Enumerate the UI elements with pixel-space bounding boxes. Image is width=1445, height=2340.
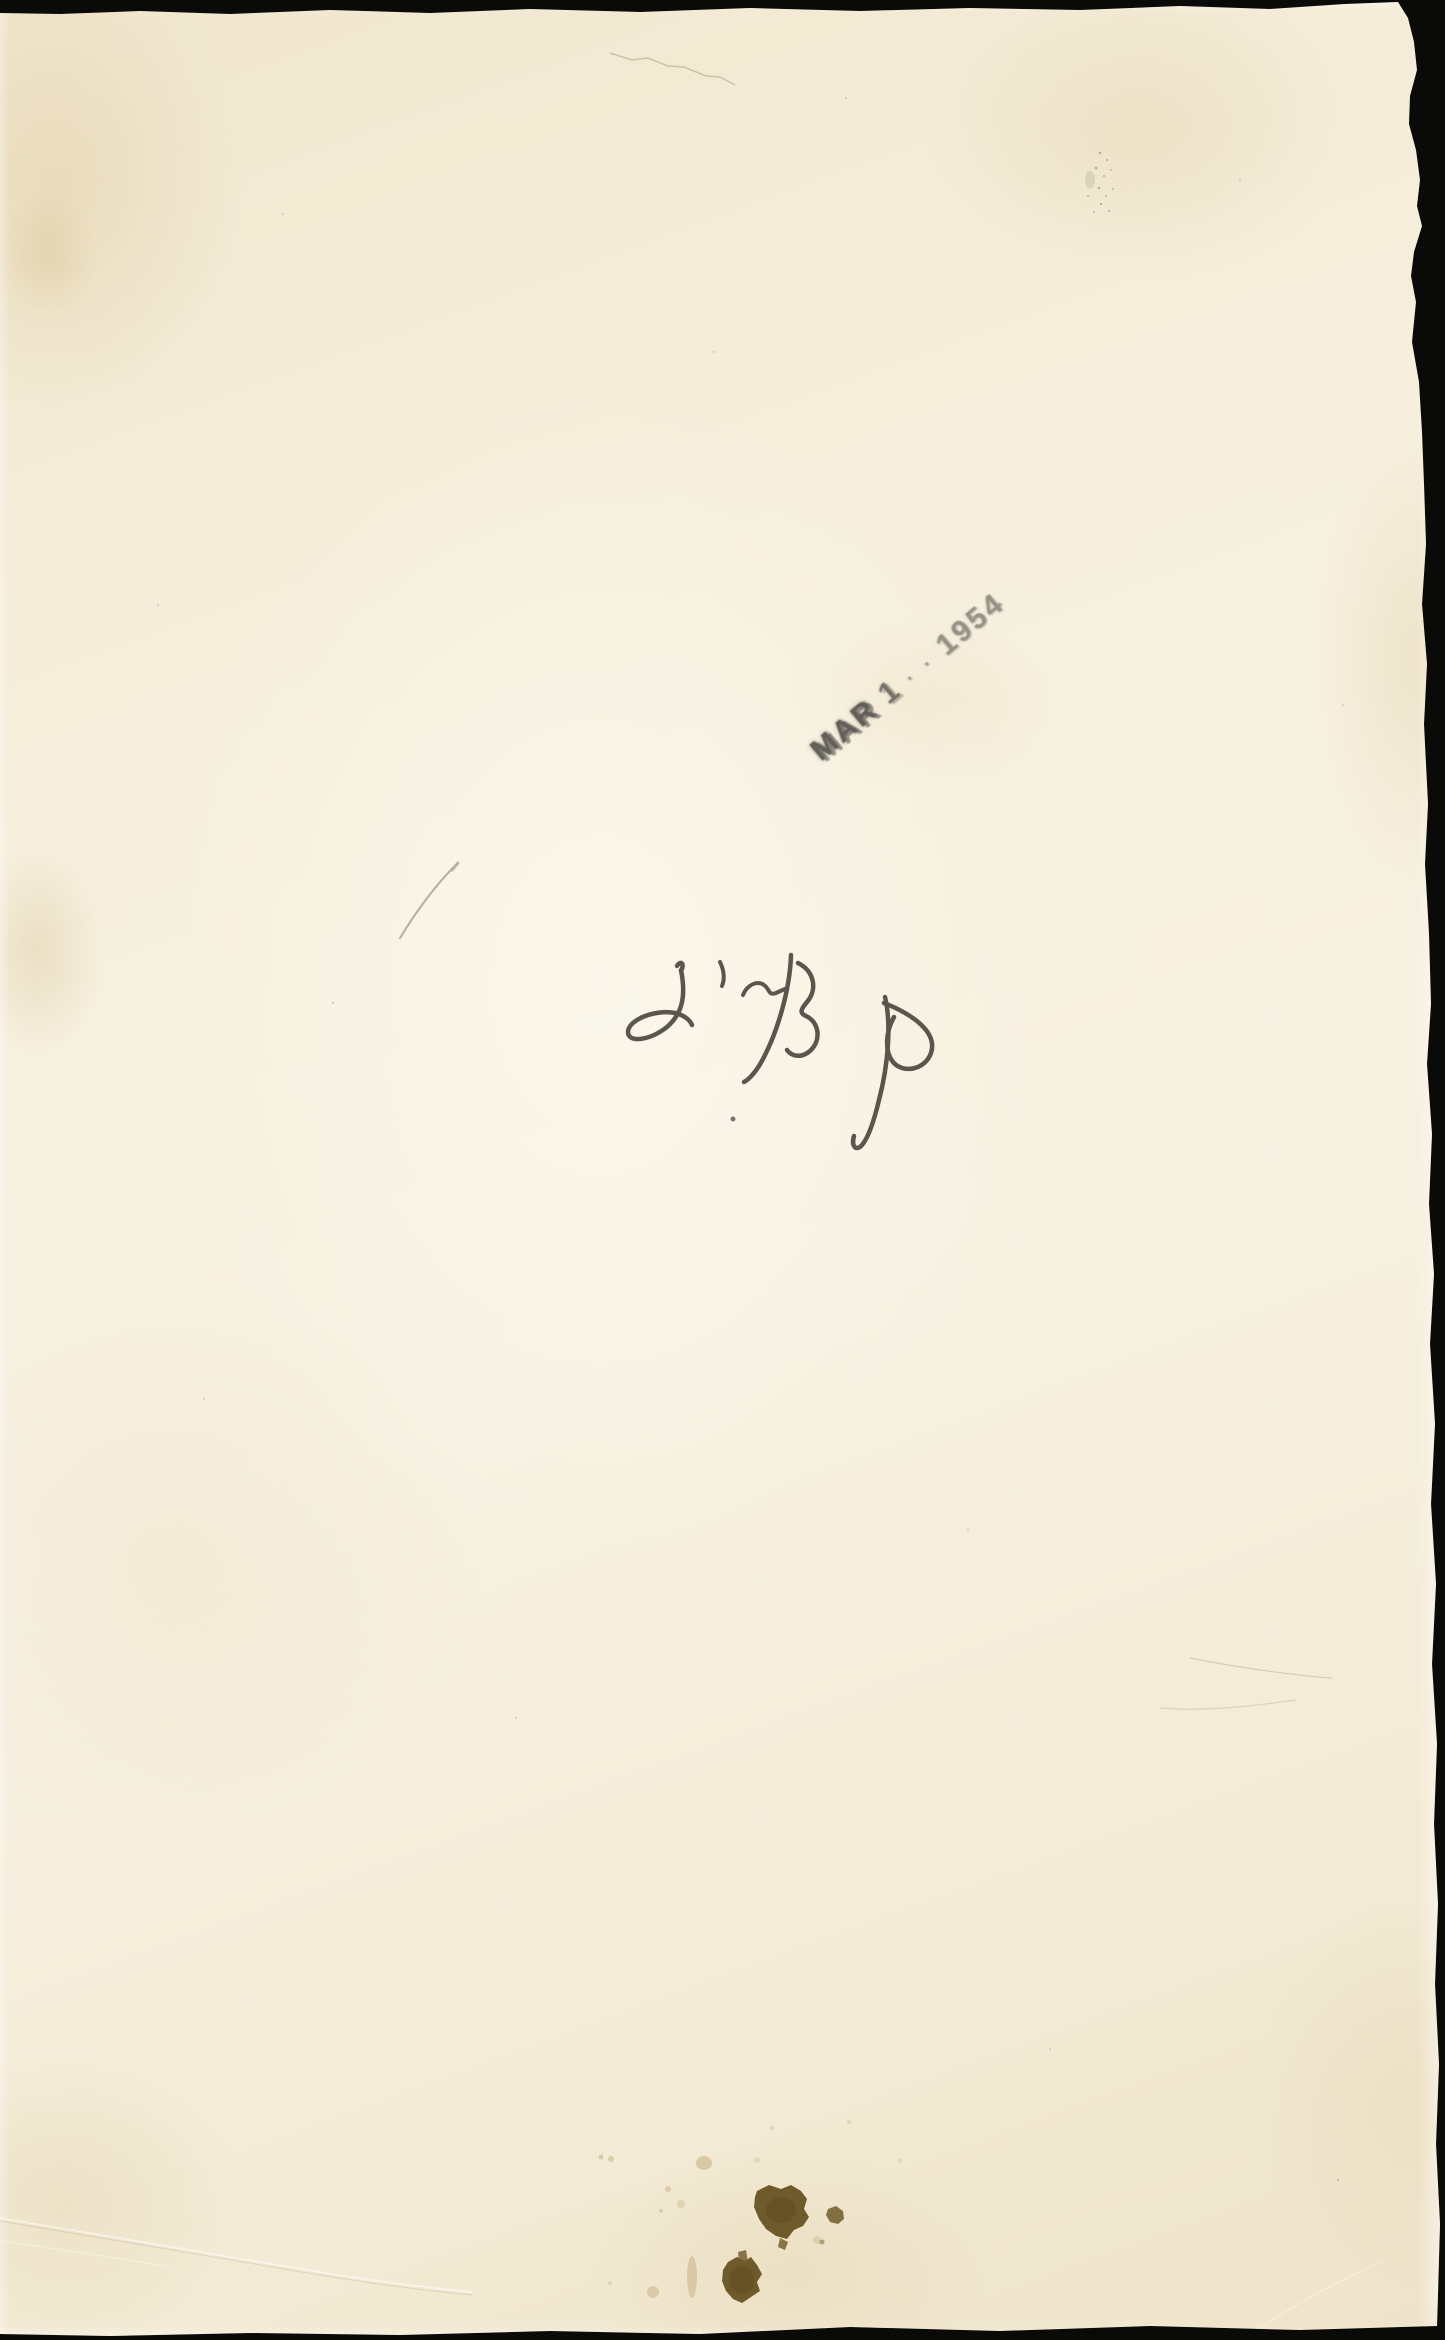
- stain-blob: [826, 2206, 844, 2224]
- pencil-stroke: [853, 997, 888, 1148]
- paper-specks: [157, 97, 1344, 2181]
- pencil-stroke: [744, 955, 791, 1082]
- erased-pencil-speckles: [1085, 152, 1114, 213]
- stain-spot: [608, 2281, 612, 2285]
- photo-paper-verso: MAR 1 · · 1954: [0, 0, 1445, 2340]
- stain-spot: [687, 2256, 697, 2298]
- pencil-stroke: [787, 963, 818, 1056]
- stain-core: [766, 2197, 796, 2223]
- pencil-stroke: [743, 983, 787, 995]
- pencil-stroke: [400, 864, 457, 938]
- stain-blob: [778, 2238, 788, 2250]
- stain-spot: [754, 2157, 760, 2163]
- stain-spot: [898, 2159, 903, 2164]
- crease-lines: [0, 53, 1382, 2338]
- stain-core: [730, 2266, 754, 2294]
- stain-spot: [608, 2156, 614, 2162]
- stain-spot: [677, 2200, 685, 2208]
- crease-line: [0, 2241, 172, 2267]
- crease-line: [1160, 1700, 1296, 1709]
- pencil-stroke: [884, 1003, 932, 1069]
- faint-pencil-line: [400, 863, 458, 938]
- stain-spot: [599, 2155, 604, 2160]
- crease-line: [1190, 1658, 1332, 1678]
- stain-spot: [696, 2156, 712, 2170]
- crease-line: [610, 53, 735, 85]
- pencil-stroke: [628, 970, 692, 1039]
- marks-overlay: [0, 0, 1445, 2340]
- stain-spot: [647, 2286, 659, 2298]
- crease-line: [0, 2218, 472, 2292]
- pencil-stroke: [720, 962, 724, 986]
- pencil-dot: [731, 1117, 736, 1122]
- scanner-background: MAR 1 · · 1954: [0, 0, 1445, 2340]
- pencil-stroke: [452, 863, 458, 870]
- stain-spot: [770, 2126, 774, 2130]
- crease-line: [1244, 2262, 1382, 2338]
- handwritten-inscription: [628, 955, 932, 1148]
- stain-spot: [659, 2209, 663, 2213]
- stain-spot: [820, 2240, 825, 2245]
- stain-spot: [847, 2120, 851, 2124]
- stain-spot: [665, 2186, 671, 2192]
